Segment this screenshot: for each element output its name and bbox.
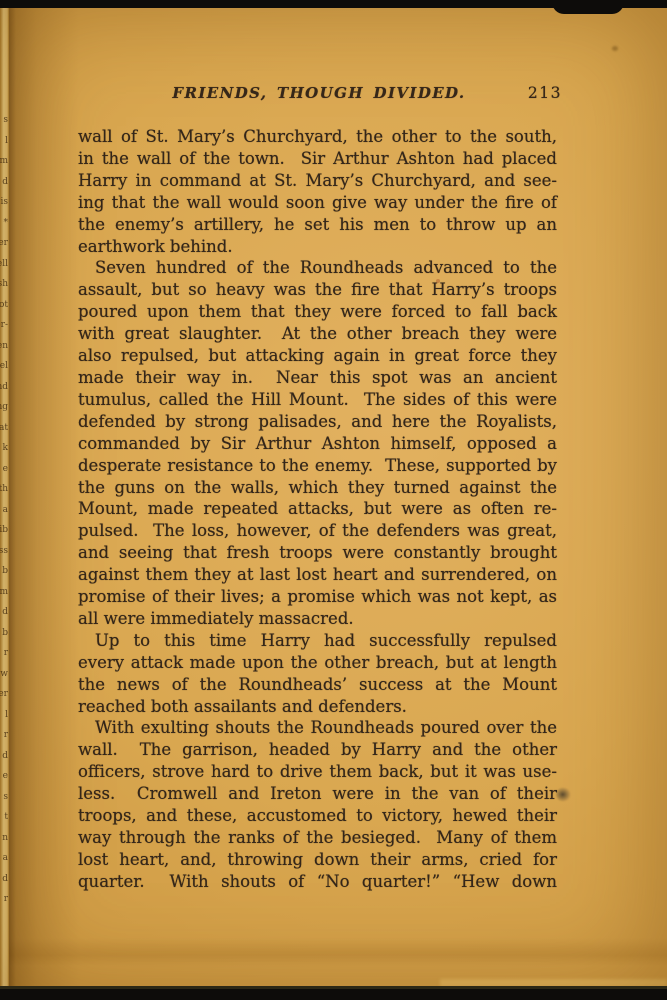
paper-speck xyxy=(612,46,618,51)
text-line: commanded by Sir Arthur Ashton himself, … xyxy=(78,433,557,455)
text-line: wall. The garrison, headed by Harry and … xyxy=(78,739,557,761)
facing-page-edge: slmdis*erellishoter-enrelndngatkethaibss… xyxy=(0,0,9,1000)
facing-page-text-fragment: r xyxy=(4,731,8,740)
facing-page-text-fragment: er xyxy=(0,690,8,699)
paragraph: wall of St. Mary’s Churchyard, the other… xyxy=(78,126,557,257)
facing-page-text-fragment: d xyxy=(2,875,8,884)
text-line: troops, and these, accustomed to victory… xyxy=(78,805,557,827)
paragraph: Seven hundred of the Roundheads advanced… xyxy=(78,257,557,629)
facing-page-text-fragment: m xyxy=(0,588,8,597)
text-line: assault, but so heavy was the fire that … xyxy=(78,279,557,301)
facing-page-text-fragment: s xyxy=(3,793,8,802)
facing-page-text-fragment: ss xyxy=(0,547,8,556)
text-line: Seven hundred of the Roundheads advanced… xyxy=(78,257,557,279)
text-line: Up to this time Harry had successfully r… xyxy=(78,630,557,652)
facing-page-text-fragment: ot xyxy=(0,301,8,310)
text-line: defended by strong palisades, and here t… xyxy=(78,411,557,433)
facing-page-text-fragment: ell xyxy=(0,260,8,269)
text-line: quarter. With shouts of “No quarter!” “H… xyxy=(78,871,557,893)
text-line: desperate resistance to the enemy. These… xyxy=(78,455,557,477)
text-line: wall of St. Mary’s Churchyard, the other… xyxy=(78,126,557,148)
text-line: made their way in. Near this spot was an… xyxy=(78,367,557,389)
facing-page-text-fragment: t xyxy=(4,813,8,822)
facing-page-text-fragment: s xyxy=(3,116,8,125)
text-line: With exulting shouts the Roundheads pour… xyxy=(78,717,557,739)
facing-page-text-fragment: w xyxy=(0,670,8,679)
text-line: officers, strove hard to drive them back… xyxy=(78,761,557,783)
ink-smudge xyxy=(556,787,571,802)
text-line: tumulus, called the Hill Mount. The side… xyxy=(78,389,557,411)
facing-page-text-fragment: er xyxy=(0,239,8,248)
text-line: the guns on the walls, which they turned… xyxy=(78,477,557,499)
text-line: all were immediately massacred. xyxy=(78,608,557,630)
text-line: the news of the Roundheads’ success at t… xyxy=(78,674,557,696)
facing-page-text-fragment: ish xyxy=(0,280,8,289)
paper-speck xyxy=(436,279,440,283)
facing-page-text-fragment: l xyxy=(5,711,8,720)
facing-page-text-fragment: is xyxy=(1,198,9,207)
gutter-shadow xyxy=(9,0,79,1000)
text-line: and seeing that fresh troops were consta… xyxy=(78,542,557,564)
text-line: less. Cromwell and Ireton were in the va… xyxy=(78,783,557,805)
running-head-title: FRIENDS, THOUGH DIVIDED. xyxy=(78,84,560,102)
facing-page-text-fragment: d xyxy=(2,178,8,187)
facing-page-text-fragment: d xyxy=(2,752,8,761)
facing-page-text-fragment: e xyxy=(3,772,8,781)
text-line: in the wall of the town. Sir Arthur Asht… xyxy=(78,148,557,170)
facing-page-text-fragment: ib xyxy=(0,526,8,535)
facing-page-text-fragment: k xyxy=(3,444,8,453)
facing-page-text-fragment: n xyxy=(2,834,8,843)
facing-page-text-fragment: a xyxy=(3,854,8,863)
facing-page-text-fragment: th xyxy=(0,485,8,494)
paragraph: Up to this time Harry had successfully r… xyxy=(78,630,557,718)
facing-page-text-fragment: a xyxy=(3,506,8,515)
text-line: ing that the wall would soon give way un… xyxy=(78,192,557,214)
facing-page-text-fragment: er- xyxy=(0,321,8,330)
facing-page-text-fragment: at xyxy=(0,424,8,433)
text-line: promise of their lives; a promise which … xyxy=(78,586,557,608)
text-line: earthwork behind. xyxy=(78,236,557,258)
facing-page-text-fragment: rel xyxy=(0,362,8,371)
body-text: wall of St. Mary’s Churchyard, the other… xyxy=(78,126,557,893)
scan-band-artifact xyxy=(0,938,667,966)
scan-edge-bottom xyxy=(0,986,667,1000)
text-line: also repulsed, but attacking again in gr… xyxy=(78,345,557,367)
text-line: reached both assailants and defenders. xyxy=(78,696,557,718)
text-line: the enemy’s artillery, he set his men to… xyxy=(78,214,557,236)
book-page-scan: slmdis*erellishoter-enrelndngatkethaibss… xyxy=(0,0,667,1000)
text-line: every attack made upon the other breach,… xyxy=(78,652,557,674)
text-line: Harry in command at St. Mary’s Churchyar… xyxy=(78,170,557,192)
facing-page-text-fragment: nd xyxy=(0,383,8,392)
facing-page-text-fragment: m xyxy=(0,157,8,166)
facing-page-text-fragment: b xyxy=(2,567,8,576)
facing-page-text-fragment: l xyxy=(5,137,8,146)
facing-page-text-fragment: * xyxy=(4,219,9,228)
facing-page-text-fragment: r xyxy=(4,895,8,904)
paragraph: With exulting shouts the Roundheads pour… xyxy=(78,717,557,892)
text-line: lost heart, and, throwing down their arm… xyxy=(78,849,557,871)
text-line: pulsed. The loss, however, of the defend… xyxy=(78,520,557,542)
facing-page-text-fragment: d xyxy=(2,608,8,617)
running-head: FRIENDS, THOUGH DIVIDED. 213 xyxy=(78,84,560,104)
scan-edge-top-blob xyxy=(552,0,624,14)
facing-page-text-fragment: b xyxy=(2,629,8,638)
text-line: poured upon them that they were forced t… xyxy=(78,301,557,323)
facing-page-text-fragment: r xyxy=(4,649,8,658)
text-line: Mount, made repeated attacks, but were a… xyxy=(78,498,557,520)
page-number: 213 xyxy=(528,84,562,102)
facing-page-text-fragment: e xyxy=(3,465,8,474)
text-line: way through the ranks of the besieged. M… xyxy=(78,827,557,849)
facing-page-text-fragment: en xyxy=(0,342,8,351)
text-line: against them they at last lost heart and… xyxy=(78,564,557,586)
text-line: with great slaughter. At the other breac… xyxy=(78,323,557,345)
facing-page-text-fragment: ng xyxy=(0,403,8,412)
